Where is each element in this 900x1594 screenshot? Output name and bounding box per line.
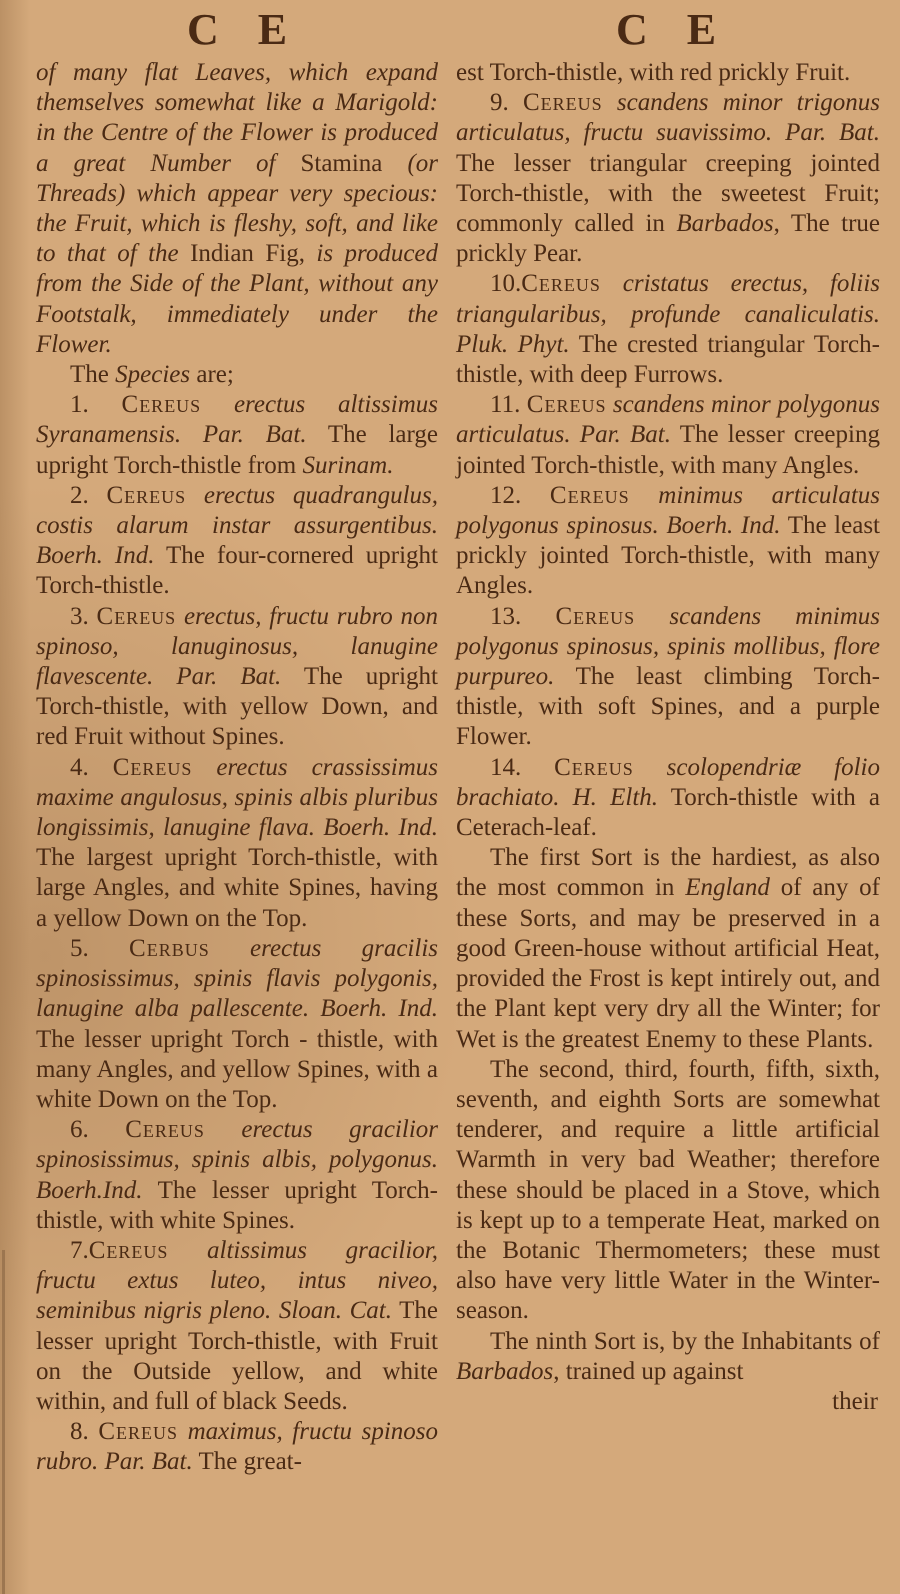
paragraph: 11. Cereus scandens minor polygonus arti… [456,390,880,481]
paragraph: 3. Cereus erectus, fructu rubro non spin… [36,602,438,753]
body-text: 12. [490,482,550,509]
genus-name: Cereus [89,1237,169,1264]
genus-name: Cerbus [129,935,210,962]
body-text: Stamina [300,150,407,177]
body-text: The great- [193,1448,302,1475]
latin-text: Surinam. [303,452,394,479]
latin-text: Barbados [676,210,773,237]
genus-name: Cereus [125,1116,205,1143]
paragraph: 13. Cereus scandens minimus polygonus sp… [456,602,880,753]
running-head-left: C E [36,0,438,58]
genus-name: Cereus [98,1418,178,1445]
right-column: C E est Torch-thistle, with red prickly … [456,0,880,1417]
body-text: 6. [70,1116,125,1143]
body-text: The largest upright Torch-thistle, with … [36,844,438,931]
genus-name: Cereus [521,270,601,297]
body-text: 9. [490,89,523,116]
body-text: Indian Fig, [190,240,316,267]
body-text: 5. [70,935,129,962]
body-text: , trained up against [553,1358,743,1385]
body-text: 2. [70,482,106,509]
genus-name: Cereus [554,754,634,781]
genus-name: Cereus [523,89,603,116]
paragraph: 2. Cereus erectus quadrangulus, costis a… [36,481,438,602]
paragraph: 12. Cereus minimus articulatus polygonus… [456,481,880,602]
book-page: C E of many flat Leaves, which expand th… [0,0,900,1594]
paragraph: The ninth Sort is, by the Inhabitants of… [456,1327,880,1387]
genus-name: Cereus [106,482,186,509]
body-text: The lesser upright Torch - thistle, with… [36,1026,438,1113]
body-text: est Torch-thistle, with red prickly Frui… [456,59,850,86]
paragraph: 1. Cereus erectus altissimus Syranamensi… [36,390,438,481]
body-text: 10. [490,270,521,297]
paragraph: of many flat Leaves, which expand themse… [36,58,438,360]
genus-name: Cereus [527,391,607,418]
body-text: 8. [70,1418,98,1445]
body-text: 4. [70,754,113,781]
body-text: 13. [490,603,555,630]
paragraph: The Species are; [36,360,438,390]
body-text: The [70,361,115,388]
genus-name: Cereus [97,603,177,630]
left-column-text: of many flat Leaves, which expand themse… [36,58,438,1478]
latin-text: England [685,874,770,901]
paragraph: 14. Cereus scolopendriæ folio brachiato.… [456,753,880,844]
body-text: 7. [70,1237,89,1264]
right-column-text: est Torch-thistle, with red prickly Frui… [456,58,880,1387]
left-column: C E of many flat Leaves, which expand th… [36,0,438,1478]
body-text: 1. [70,391,122,418]
paragraph: The first Sort is the hardiest, as also … [456,843,880,1054]
paragraph: est Torch-thistle, with red prickly Frui… [456,58,880,88]
running-head-right: C E [456,0,880,58]
catchword: their [456,1387,880,1417]
genus-name: Cereus [122,391,202,418]
paragraph: 7.Cereus altissimus gracilior, fructu ex… [36,1236,438,1417]
genus-name: Cereus [113,754,193,781]
body-text: 11. [490,391,527,418]
latin-text: Barbados [456,1358,553,1385]
genus-name: Cereus [550,482,630,509]
paragraph: 5. Cerbus erectus gracilis spinosissimus… [36,934,438,1115]
body-text: 3. [70,603,97,630]
body-text: The ninth Sort is, by the Inhabitants of [490,1328,880,1355]
page-edge-shadow [2,1250,5,1594]
latin-text: Species [115,361,190,388]
body-text: The second, third, fourth, fifth, sixth,… [456,1056,880,1325]
paragraph: 6. Cereus erectus gracilior spinosissimu… [36,1115,438,1236]
paragraph: 9. Cereus scandens minor trigonus articu… [456,88,880,269]
paragraph: 10.Cereus cristatus erectus, foliis tria… [456,269,880,390]
paragraph: 8. Cereus maximus, fructu spinoso rubro.… [36,1417,438,1477]
paragraph: 4. Cereus erectus crassissimus maxime an… [36,753,438,934]
body-text: are; [190,361,234,388]
genus-name: Cereus [555,603,635,630]
paragraph: The second, third, fourth, fifth, sixth,… [456,1055,880,1327]
body-text: 14. [490,754,554,781]
